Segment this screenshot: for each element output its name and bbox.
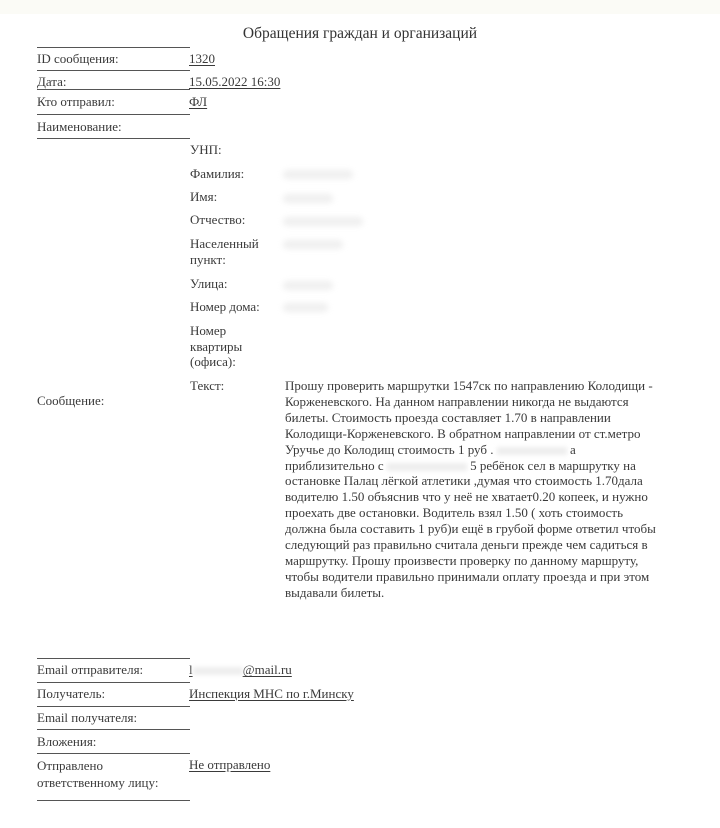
recipient-value: Инспекция МНС по г.Минску [189,686,354,701]
divider [37,682,190,683]
sender-email-label: Email отправителя: [37,662,143,677]
sender-email-value: l@mail.ru [189,662,292,677]
redacted-text [497,447,567,455]
redacted-text [387,463,467,471]
divider [37,138,190,139]
divider [37,658,190,659]
divider [37,753,190,754]
divider [37,89,190,90]
divider [37,706,190,707]
first-name-value-redacted [283,194,333,203]
street-label: Улица: [190,276,228,292]
surname-label: Фамилия: [190,166,244,182]
divider [37,114,190,115]
sender-type-value: ФЛ [189,94,207,109]
message-section-label: Сообщение: [37,393,104,408]
unp-label: УНП: [190,142,222,158]
sender-email-domain: @mail.ru [243,662,292,677]
message-id-value: 1320 [189,51,215,66]
recipient-label: Получатель: [37,686,105,701]
house-value-redacted [283,303,328,312]
house-label: Номер дома: [190,299,260,315]
first-name-label: Имя: [190,189,217,205]
sent-to-responsible-label: Отправлено ответственному лицу: [37,757,158,791]
locality-label: Населенный пункт: [190,236,259,267]
recipient-email-label: Email получателя: [37,710,137,725]
divider [37,70,190,71]
surname-value-redacted [283,170,353,179]
message-text-part-1: Прошу проверить маршрутки 1547ск по напр… [285,378,653,457]
patronymic-label: Отчество: [190,212,245,228]
message-text-part-3: 5 ребёнок сел в маршрутку на остановке П… [285,458,656,600]
locality-value-redacted [283,240,343,249]
sent-to-responsible-value: Не отправлено [189,757,270,772]
apartment-label: Номер квартиры (офиса): [190,323,242,370]
message-text: Прошу проверить маршрутки 1547ск по напр… [285,378,717,601]
divider [37,800,190,801]
date-value: 15.05.2022 16:30 [189,74,280,89]
sender-type-label: Кто отправил: [37,94,115,109]
patronymic-value-redacted [283,217,363,226]
scan-top-band [0,0,720,14]
divider [37,47,190,48]
date-label: Дата: [37,74,67,89]
message-id-label: ID сообщения: [37,51,119,66]
redacted-email [193,667,243,675]
attachments-label: Вложения: [37,734,96,749]
document-title: Обращения граждан и организаций [0,25,720,43]
text-label: Текст: [190,378,224,394]
street-value-redacted [283,281,333,290]
name-label: Наименование: [37,119,122,134]
divider [37,729,190,730]
